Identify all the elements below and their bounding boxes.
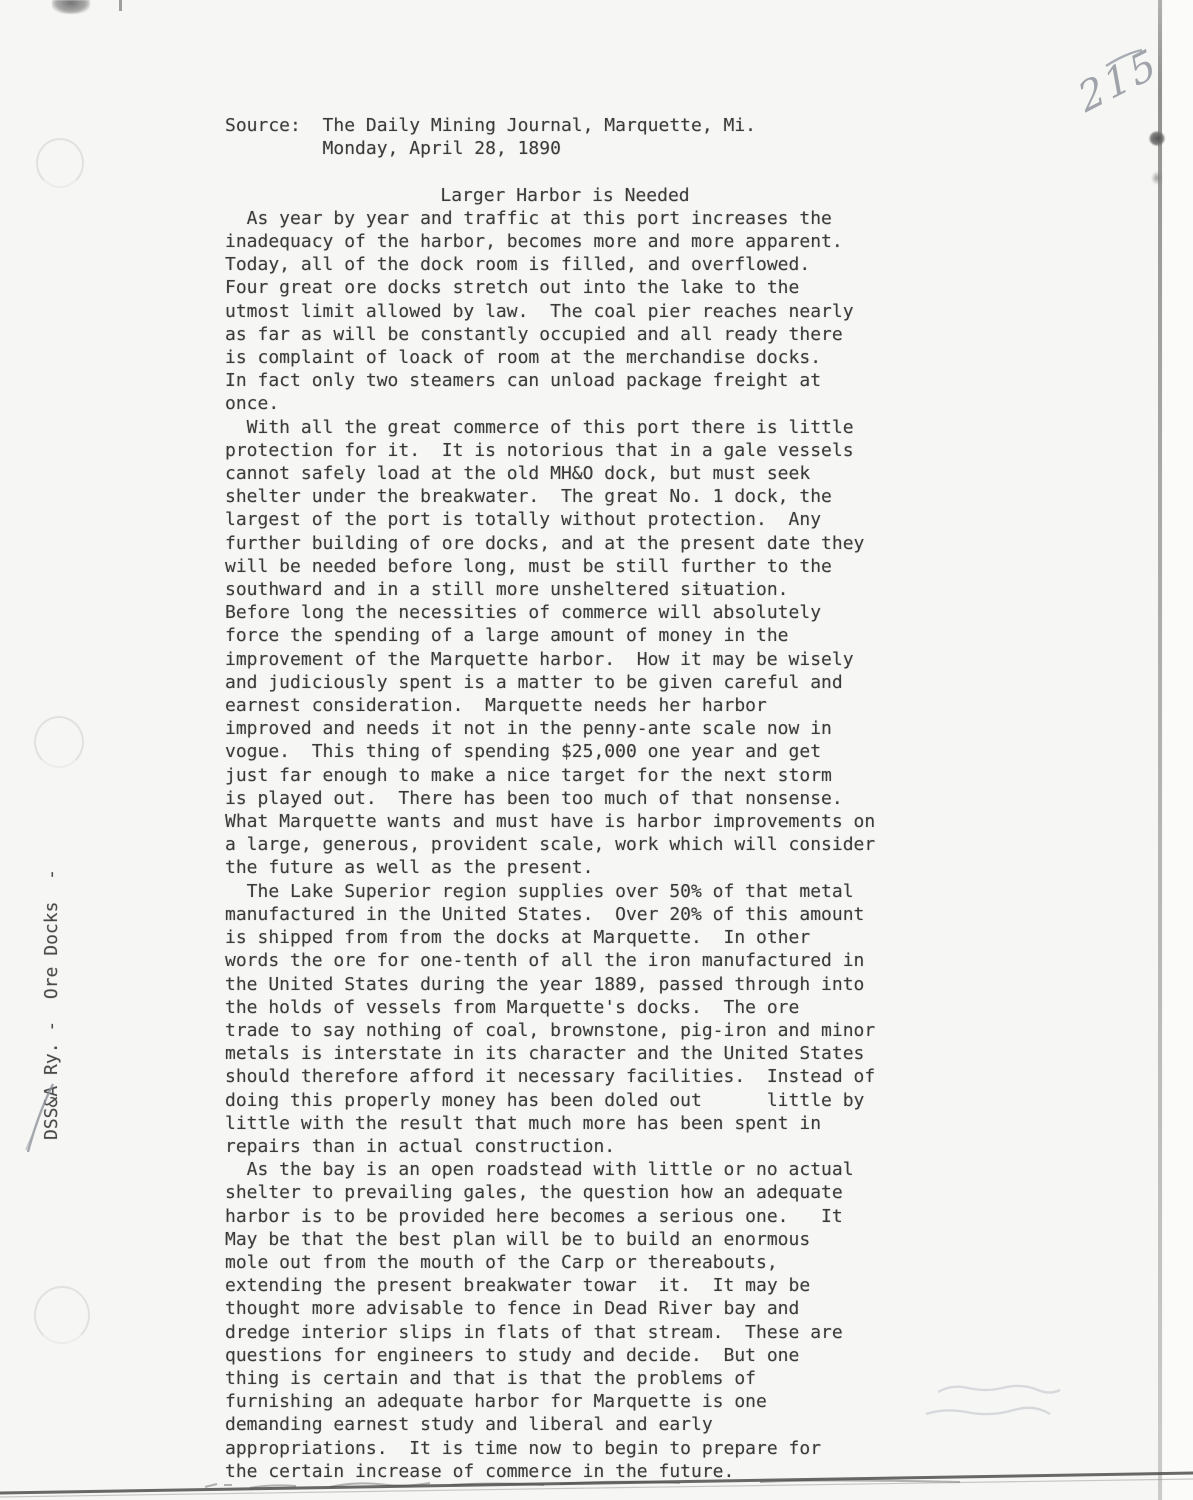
handwritten-page-number: 215 — [1072, 40, 1165, 122]
text-line: harbor is to be provided here becomes a … — [225, 1205, 915, 1228]
text-line: mole out from the mouth of the Carp or t… — [225, 1251, 915, 1274]
text-line: In fact only two steamers can unload pac… — [225, 369, 915, 392]
text-line: manufactured in the United States. Over … — [225, 903, 915, 926]
text-line: Today, all of the dock room is filled, a… — [225, 253, 915, 276]
text-line: earnest consideration. Marquette needs h… — [225, 694, 915, 717]
text-line: thing is certain and that is that the pr… — [225, 1367, 915, 1390]
text-line: metals is interstate in its character an… — [225, 1042, 915, 1065]
top-left-smudge — [52, 0, 90, 14]
text-line: the United States during the year 1889, … — [225, 973, 915, 996]
text-line: trade to say nothing of coal, brownstone… — [225, 1019, 915, 1042]
text-line: as far as will be constantly occupied an… — [225, 323, 915, 346]
text-line: is shipped from from the docks at Marque… — [225, 926, 915, 949]
text-line: further building of ore docks, and at th… — [225, 532, 915, 555]
text-line: a large, generous, provident scale, work… — [225, 833, 915, 856]
article-text: Source: The Daily Mining Journal, Marque… — [225, 114, 915, 1483]
source-line: Source: The Daily Mining Journal, Marque… — [225, 114, 915, 137]
text-line: Before long the necessities of commerce … — [225, 601, 915, 624]
text-line: improved and needs it not in the penny-a… — [225, 717, 915, 740]
text-line: southward and in a still more unsheltere… — [225, 578, 915, 601]
article-body: As year by year and traffic at this port… — [225, 207, 915, 1483]
text-line: inadequacy of the harbor, becomes more a… — [225, 230, 915, 253]
pencil-smudge — [926, 1386, 1060, 1414]
text-line: will be needed before long, must be stil… — [225, 555, 915, 578]
scan-artifact-blob — [1151, 171, 1163, 185]
text-line: once. — [225, 392, 915, 415]
scan-edge-line — [1158, 0, 1162, 1500]
text-line: extending the present breakwater towar i… — [225, 1274, 915, 1297]
text-line: questions for engineers to study and dec… — [225, 1344, 915, 1367]
text-line: appropriations. It is time now to begin … — [225, 1437, 915, 1460]
text-line: words the ore for one-tenth of all the i… — [225, 949, 915, 972]
text-line: doing this properly money has been doled… — [225, 1089, 915, 1112]
text-line: is played out. There has been too much o… — [225, 787, 915, 810]
text-line: demanding earnest study and liberal and … — [225, 1413, 915, 1436]
hole-punch-mark — [34, 1286, 90, 1344]
hole-punch-mark — [36, 138, 84, 188]
text-line: the future as well as the present. — [225, 856, 915, 879]
text-line: the holds of vessels from Marquette's do… — [225, 996, 915, 1019]
text-line: With all the great commerce of this port… — [225, 416, 915, 439]
text-line: cannot safely load at the old MH&O dock,… — [225, 462, 915, 485]
source-date-line: Monday, April 28, 1890 — [225, 137, 915, 160]
text-line: May be that the best plan will be to bui… — [225, 1228, 915, 1251]
text-line: As the bay is an open roadstead with lit… — [225, 1158, 915, 1181]
text-line: force the spending of a large amount of … — [225, 624, 915, 647]
scan-artifact-blob — [1149, 131, 1165, 146]
text-line: vogue. This thing of spending $25,000 on… — [225, 740, 915, 763]
text-line: largest of the port is totally without p… — [225, 508, 915, 531]
text-line: The Lake Superior region supplies over 5… — [225, 880, 915, 903]
text-line: utmost limit allowed by law. The coal pi… — [225, 300, 915, 323]
text-line: dredge interior slips in flats of that s… — [225, 1321, 915, 1344]
scan-edge-light-strip — [1163, 0, 1193, 1500]
text-line: What Marquette wants and must have is ha… — [225, 810, 915, 833]
blank-line — [225, 160, 915, 183]
text-line: the certain increase of commerce in the … — [225, 1460, 915, 1483]
scanned-document-page: 215 DSS&A Ry. - Ore Docks - Source: The … — [0, 0, 1193, 1500]
text-line: improvement of the Marquette harbor. How… — [225, 648, 915, 671]
text-line: protection for it. It is notorious that … — [225, 439, 915, 462]
text-line: As year by year and traffic at this port… — [225, 207, 915, 230]
text-line: Four great ore docks stretch out into th… — [225, 276, 915, 299]
margin-spine-note: DSS&A Ry. - Ore Docks - — [40, 869, 64, 1140]
top-edge-tick — [119, 0, 122, 11]
text-line: shelter to prevailing gales, the questio… — [225, 1181, 915, 1204]
text-line: furnishing an adequate harbor for Marque… — [225, 1390, 915, 1413]
article-title: Larger Harbor is Needed — [225, 184, 905, 207]
text-line: and judiciously spent is a matter to be … — [225, 671, 915, 694]
text-line: thought more advisable to fence in Dead … — [225, 1297, 915, 1320]
text-line: shelter under the breakwater. The great … — [225, 485, 915, 508]
text-line: repairs than in actual construction. — [225, 1135, 915, 1158]
hole-punch-mark — [34, 716, 84, 768]
text-line: little with the result that much more ha… — [225, 1112, 915, 1135]
text-line: is complaint of loack of room at the mer… — [225, 346, 915, 369]
text-line: should therefore afford it necessary fac… — [225, 1065, 915, 1088]
text-line: just far enough to make a nice target fo… — [225, 764, 915, 787]
